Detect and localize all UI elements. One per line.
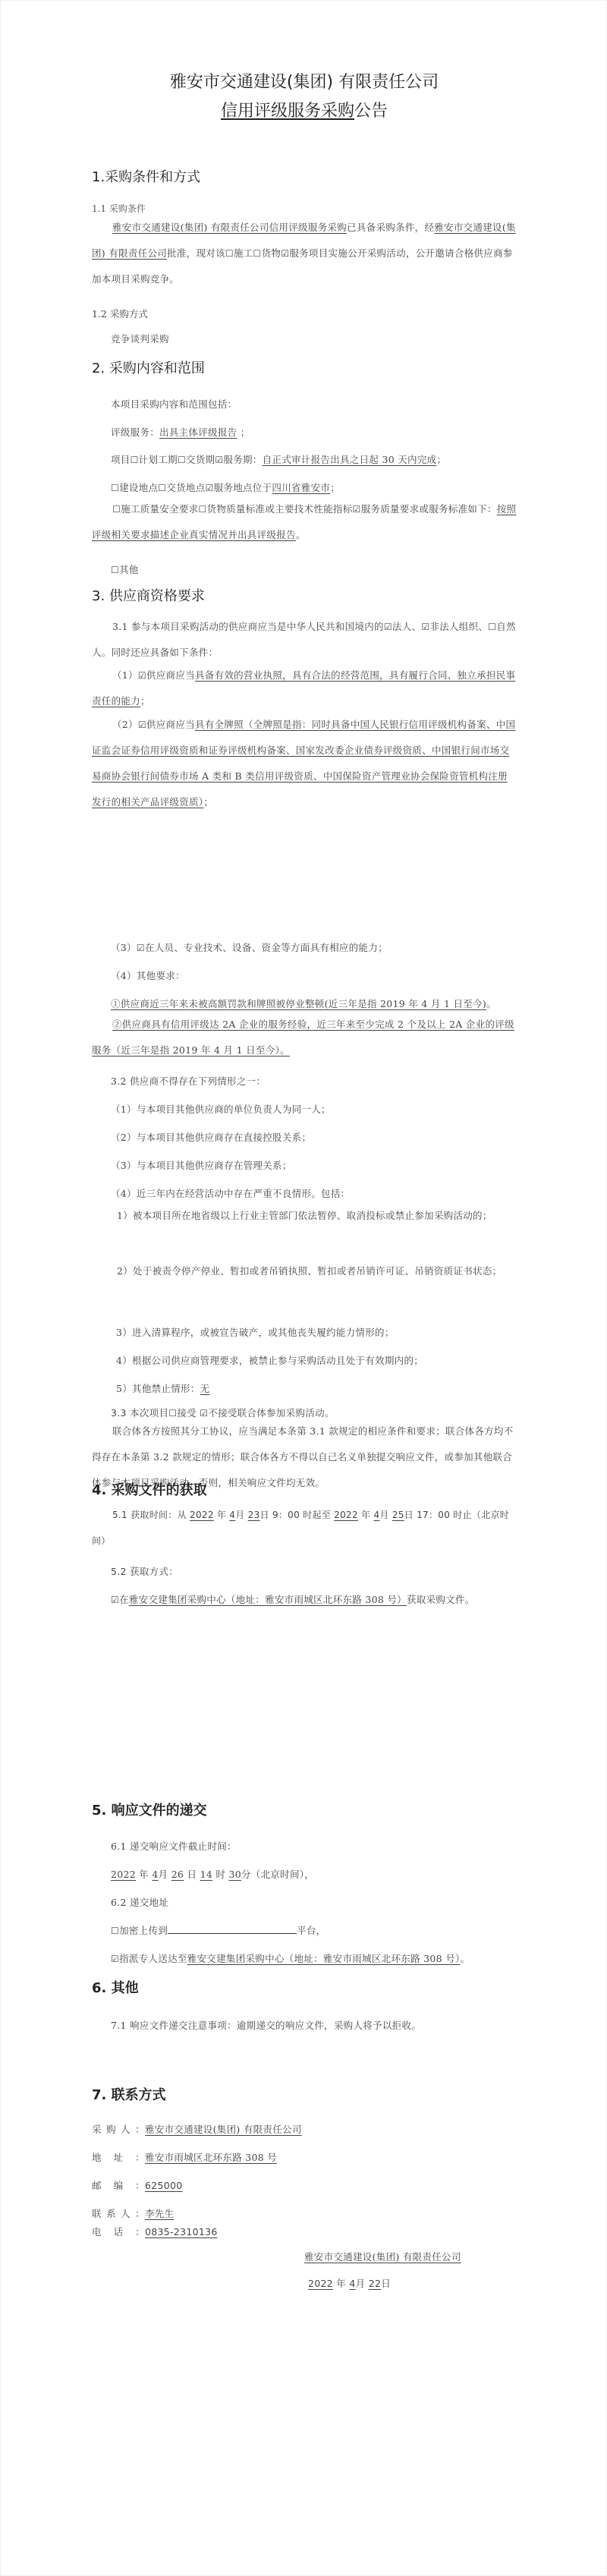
start-day: 23 — [248, 1510, 260, 1520]
unchecked-checkbox-icon: ☐ — [158, 483, 166, 493]
service-site-line: ☐建设地点☐交货地点☑服务地点位于四川省雅安市； — [111, 480, 340, 494]
option-upload: 加密上传到 — [119, 1925, 168, 1936]
unchecked-checkbox-icon: ☐ — [225, 248, 234, 259]
contact-value: 雅安市雨城区北环东路 308 号 — [145, 2152, 277, 2163]
checked-checkbox-icon: ☑ — [215, 455, 223, 465]
checked-checkbox-icon: ☑ — [111, 1954, 119, 1964]
text: 供应商应当 — [146, 719, 195, 730]
section1-heading: 1.采购条件和方式 — [92, 166, 200, 186]
checked-checkbox-icon: ☑ — [206, 483, 214, 493]
text: 。 — [486, 998, 496, 1009]
bad-case-3: 3）进入清算程序，或被宣告破产，或其他丧失履约能力情形的； — [116, 1325, 395, 1339]
checked-checkbox-icon: ☑ — [137, 943, 145, 953]
requirement-1: （1）☑供应商应当具备有效的营业执照，具有合法的经营范围，具有履行合同、独立承担… — [92, 663, 517, 714]
unchecked-checkbox-icon: ☐ — [111, 565, 119, 575]
checked-checkbox-icon: ☑ — [384, 622, 392, 632]
checked-checkbox-icon: ☑ — [111, 1595, 119, 1605]
contact-value: 李先生 — [145, 2208, 174, 2219]
signature-date: 2022 年 4月 22日 — [308, 2276, 391, 2290]
section1-2-label: 1.2 采购方式 — [92, 307, 148, 320]
other-requirement-2: ②供应商具有信用评级达 2A 企业的服务经验，近三年来至少完成 2 个及以上 2… — [92, 1012, 517, 1063]
text: ①供应商近三年来未被高额罚款和牌照被停业整顿(近三年是指 2019 年 4 月 … — [111, 998, 486, 1009]
service-site-value: 四川省雅安市 — [272, 482, 330, 493]
option-deliver: 指派专人送达至 — [119, 1953, 187, 1964]
bad-case-4: 4）根据公司供应商管理要求，被禁止参与采购活动且处于有效期内的； — [116, 1353, 423, 1367]
text: 5.2 获取方式： — [111, 1566, 178, 1577]
section4-heading: 4. 采购文件的获取 — [92, 1479, 207, 1499]
contact-phone-value: 0835-2310136 — [145, 2226, 218, 2237]
deadline-year: 2022 — [111, 1869, 136, 1880]
option-other: 其他 — [119, 564, 139, 575]
text: 平台， — [297, 1925, 326, 1936]
acquisition-time: 5.1 获取时间：从 2022 年 4月 23日 9：00 时起至 2022 年… — [92, 1502, 517, 1554]
option-build-site: 建设地点 — [119, 482, 158, 493]
text: 分（北京时间）， — [241, 1869, 314, 1880]
unchecked-checkbox-icon: ☐ — [488, 622, 496, 632]
upload-option: ☐加密上传到平台， — [111, 1923, 326, 1937]
title-rest: 公告 — [354, 102, 388, 121]
section3-2-label: 3.2 供应商不得存在下列情形之一： — [111, 1074, 266, 1088]
text: 在人员、专业技术、设备、资金等方面具有相应的能力； — [145, 942, 388, 953]
end-year: 2022 — [334, 1510, 358, 1520]
checked-checkbox-icon: ☑ — [138, 720, 146, 730]
option-non-legal-org: 非法人组织、 — [429, 621, 488, 632]
checked-checkbox-icon: ☑ — [421, 622, 429, 632]
section1-paragraph: 雅安市交通建设(集团) 有限责任公司信用评级服务采购已具备采购条件，经雅安市交通… — [92, 215, 517, 292]
start-year: 2022 — [190, 1510, 214, 1520]
submission-notice: 7.1 响应文件递交注意事项：逾期递交的响应文件，采购人将予以拒收。 — [111, 2018, 421, 2032]
other-requirement-1: ①供应商近三年来未被高额罚款和牌照被停业整顿(近三年是指 2019 年 4 月 … — [111, 997, 496, 1010]
text: 项目 — [111, 454, 131, 465]
text: 。 — [296, 529, 306, 540]
option-quality-construction: 施工质量安全要求 — [121, 503, 198, 515]
text: 获取采购文件。 — [407, 1594, 475, 1605]
checked-checkbox-icon: ☑ — [200, 1408, 208, 1419]
option-legal-person: 法人、 — [392, 621, 421, 632]
unchecked-checkbox-icon: ☐ — [131, 455, 139, 465]
text: 3.1 参与本项目采购活动的供应商应当是中华人民共和国境内的 — [112, 621, 384, 632]
signature-day: 22 — [369, 2278, 382, 2289]
deadline-day: 26 — [171, 1869, 184, 1880]
text: （2） — [112, 719, 138, 730]
start-month: 4 — [229, 1510, 235, 1520]
option-service-period: 服务期： — [223, 454, 262, 465]
checked-checkbox-icon: ☑ — [353, 504, 361, 515]
text: 在 — [119, 1594, 129, 1605]
text: 已具备采购条件，经 — [347, 222, 434, 233]
unchecked-checkbox-icon: ☐ — [198, 504, 206, 515]
acquisition-method-label: 5.2 获取方式： — [111, 1564, 178, 1578]
text: ； — [237, 427, 250, 438]
option-construction: 施工 — [234, 247, 253, 259]
requirement-3: （3）☑在人员、专业技术、设备、资金等方面具有相应的能力； — [111, 940, 388, 954]
bad-case-2: 2）处于被责令停产停业、暂扣或者吊销执照、暂扣或者吊销许可证、吊销资质证书状态； — [92, 1258, 517, 1284]
negative-item-2: （2）与本项目其他供应商存在直接控股关系； — [111, 1130, 311, 1144]
section5-heading: 5. 响应文件的递交 — [92, 1800, 207, 1819]
contact-person: 联系人：李先生 — [92, 2206, 174, 2220]
requirement-2: （2）☑供应商应当具有全牌照（全牌照是指：同时具备中国人民银行信用评级机构备案、… — [92, 712, 517, 815]
scope-intro: 本项目采购内容和范围包括： — [111, 397, 237, 411]
option-quality-service: 服务质量要求或服务标准如下： — [361, 503, 497, 515]
rating-service-value: 出具主体评级报告 — [159, 427, 237, 438]
quality-requirement: ☐施工质量安全要求☐货物质量标准或主要技术性能指标☑服务质量要求或服务标准如下：… — [92, 496, 517, 548]
text: （1） — [112, 669, 138, 681]
section7-heading: 7. 联系方式 — [92, 2084, 166, 2104]
option-accept: 接受 — [177, 1407, 200, 1419]
value: 无 — [200, 1383, 210, 1394]
negative-item-3: （3）与本项目其他供应商存在管理关系； — [111, 1158, 292, 1172]
checked-checkbox-icon: ☑ — [138, 670, 146, 681]
section2-heading: 2. 采购内容和范围 — [92, 357, 205, 377]
option-delivery-site: 交货地点 — [166, 482, 205, 493]
contact-phone: 电话：0835-2310136 — [92, 2225, 218, 2238]
unchecked-checkbox-icon: ☐ — [111, 1926, 119, 1936]
deadline-month: 4 — [152, 1869, 158, 1880]
document-page: 雅安市交通建设(集团) 有限责任公司 信用评级服务采购公告 1.采购条件和方式 … — [0, 0, 607, 2576]
requirement-2-detail: 具有全牌照（全牌照是指：同时具备中国人民银行信用评级机构备案、中国证监会证券信用… — [92, 719, 515, 808]
signature-year: 2022 — [308, 2278, 333, 2289]
section1-1-label: 1.1 采购条件 — [92, 202, 146, 215]
deadline-hour: 14 — [200, 1869, 213, 1880]
deadline-minute: 30 — [228, 1869, 241, 1880]
signature-month: 4 — [349, 2278, 355, 2289]
signature-company-name: 雅安市交通建设(集团) 有限责任公司 — [304, 2251, 461, 2263]
contact-label: 地址： — [92, 2150, 145, 2164]
procurement-center-address: 雅安交建集团采购中心（地址：雅安市雨城区北环东路 308 号） — [129, 1594, 407, 1605]
deadline-label: 6.1 递交响应文件截止时间： — [111, 1839, 237, 1853]
end-day: 25 — [392, 1510, 404, 1520]
acquisition-method: ☑在雅安交建集团采购中心（地址：雅安市雨城区北环东路 308 号）获取采购文件。 — [111, 1592, 475, 1606]
platform-blank-field — [168, 1924, 297, 1934]
contact-label: 电话： — [92, 2225, 145, 2238]
text: 供应商应当 — [146, 669, 195, 681]
contact-label: 联系人： — [92, 2206, 145, 2220]
section3-heading: 3. 供应商资格要求 — [92, 585, 205, 605]
text: ； — [330, 482, 340, 493]
negative-item-4: （4）近三年内在经营活动中存在严重不良情形。包括： — [111, 1186, 350, 1200]
start-time: 日 9：00 时起至 — [260, 1510, 335, 1520]
text: ； — [140, 695, 150, 707]
section6-heading: 6. 其他 — [92, 1977, 139, 1997]
other-option-line: ☐其他 — [111, 562, 139, 576]
section3-1-paragraph: 3.1 参与本项目采购活动的供应商应当是中华人民共和国境内的☑法人、☑非法人组织… — [92, 614, 517, 666]
purchase-project-name: 雅安市交通建设(集团) 有限责任公司信用评级服务采购 — [112, 222, 347, 233]
end-month: 4 — [373, 1510, 379, 1520]
signature-company: 雅安市交通建设(集团) 有限责任公司 — [304, 2250, 461, 2263]
rating-service-line: 评级服务：出具主体评级报告 ； — [111, 425, 250, 439]
service-period-value: 自正式审计报告出具之日起 30 天内完成 — [263, 454, 437, 465]
unchecked-checkbox-icon: ☐ — [112, 504, 121, 515]
text: 。 — [461, 1953, 470, 1964]
document-title-line1: 雅安市交通建设(集团) 有限责任公司 — [1, 69, 607, 93]
option-plan-period: 计划工期 — [139, 454, 178, 465]
service-period-line: 项目☐计划工期☐交货期☑服务期：自正式审计报告出具之日起 30 天内完成； — [111, 452, 446, 466]
unchecked-checkbox-icon: ☐ — [168, 1408, 177, 1419]
delivery-address: 雅安交建集团采购中心（地址：雅安市雨城区北环东路 308 号） — [187, 1953, 461, 1964]
contact-label: 采购人： — [92, 2122, 145, 2136]
submission-address-label: 6.2 递交地址 — [111, 1895, 168, 1909]
bad-case-5: 5）其他禁止情形：无 — [116, 1381, 209, 1395]
contact-value: 雅安市交通建设(集团) 有限责任公司 — [145, 2124, 302, 2135]
bad-case-1: 1）被本项目所在地省级以上行业主管部门依法暂停、取消投标或禁止参加采购活动的； — [92, 1203, 517, 1229]
text: （3） — [111, 942, 137, 953]
consortium-acceptance: 3.3 本次项目☐接受 ☑不接受联合体参加采购活动。 — [111, 1406, 335, 1419]
option-reject: 不接受联合体参加采购活动。 — [208, 1407, 334, 1419]
contact-value: 625000 — [145, 2180, 183, 2191]
requirement-4: （4）其他要求： — [111, 968, 185, 982]
deadline-value: 2022 年 4月 26 日 14 时 30分（北京时间）， — [111, 1867, 314, 1881]
contact-postcode: 邮编：625000 — [92, 2178, 183, 2192]
unchecked-checkbox-icon: ☐ — [253, 248, 262, 259]
contact-address: 地址：雅安市雨城区北环东路 308 号 — [92, 2150, 277, 2164]
label: 评级服务： — [111, 427, 159, 438]
option-goods: 货物 — [262, 247, 281, 259]
option-delivery-period: 交货期 — [186, 454, 215, 465]
procurement-method: 竞争谈判采购 — [111, 332, 169, 345]
option-service-site: 服务地点位于 — [214, 482, 272, 493]
checked-checkbox-icon: ☑ — [281, 248, 289, 259]
option-service: 服务 — [289, 247, 309, 259]
deliver-option: ☑指派专人送达至雅安交建集团采购中心（地址：雅安市雨城区北环东路 308 号）。 — [111, 1951, 470, 1965]
negative-item-1: （1）与本项目其他供应商的单位负责人为同一人； — [111, 1102, 331, 1116]
document-title-line2: 信用评级服务采购公告 — [1, 98, 607, 121]
contact-purchaser: 采购人：雅安市交通建设(集团) 有限责任公司 — [92, 2122, 302, 2136]
text: ； — [203, 796, 213, 808]
text: 批准，现对该 — [167, 247, 225, 259]
contact-label: 邮编： — [92, 2178, 145, 2192]
option-quality-goods: 货物质量标准或主要技术性能指标 — [207, 503, 353, 515]
text: ； — [436, 454, 446, 465]
text: ②供应商具有信用评级达 2A 企业的服务经验，近三年来至少完成 2 个及以上 2… — [92, 1019, 514, 1056]
label: 5）其他禁止情形： — [116, 1383, 200, 1394]
unchecked-checkbox-icon: ☐ — [111, 483, 119, 493]
text: 3.3 本次项目 — [111, 1407, 168, 1419]
title-underlined-part: 信用评级服务采购 — [221, 102, 354, 121]
label: 5.1 获取时间：从 — [112, 1510, 190, 1520]
unchecked-checkbox-icon: ☐ — [178, 455, 186, 465]
